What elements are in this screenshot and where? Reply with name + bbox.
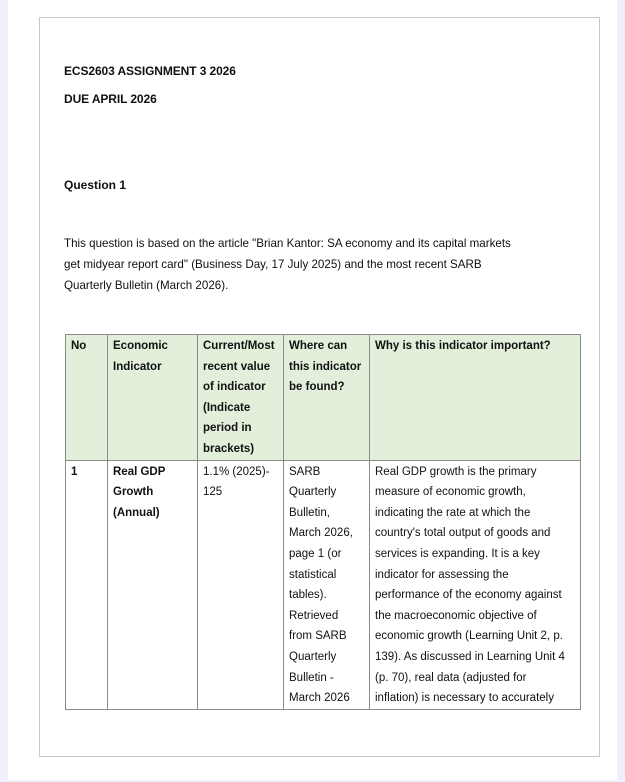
cell-line: 139). As discussed in Learning Unit 4 [375, 647, 575, 668]
cell-importance: Real GDP growth is the primarymeasure of… [370, 460, 581, 709]
header-current-value: Current/Mostrecent valueof indicator(Ind… [198, 335, 284, 461]
cell-line: (Annual) [113, 503, 192, 524]
cell-line: brackets) [203, 439, 278, 460]
cell-line: tables). [289, 585, 364, 606]
cell-line: be found? [289, 377, 364, 398]
indicator-table: No EconomicIndicator Current/Mostrecent … [65, 334, 581, 710]
header-no: No [66, 335, 108, 461]
cell-line: performance of the economy against [375, 585, 575, 606]
cell-line: March 2026, [289, 523, 364, 544]
assignment-title: ECS2603 ASSIGNMENT 3 2026 [64, 64, 236, 78]
cell-line: Bulletin - [289, 668, 364, 689]
table-row: 1 Real GDPGrowth(Annual) 1.1% (2025)-125… [66, 460, 581, 709]
cell-line: the macroeconomic objective of [375, 606, 575, 627]
header-economic-indicator: EconomicIndicator [108, 335, 198, 461]
cell-line: page 1 (or [289, 544, 364, 565]
cell-line: Quarterly [289, 482, 364, 503]
cell-line: Growth [113, 482, 192, 503]
cell-line: Economic [113, 336, 192, 357]
cell-value: 1.1% (2025)-125 [198, 460, 284, 709]
cell-line: Where can [289, 336, 364, 357]
cell-line: indicating the rate at which the [375, 503, 575, 524]
cell-line: of indicator [203, 377, 278, 398]
header-importance: Why is this indicator important? [370, 335, 581, 461]
cell-line: 1.1% (2025)- [203, 462, 278, 483]
cell-line: Real GDP growth is the primary [375, 462, 575, 483]
header-source: Where canthis indicatorbe found? [284, 335, 370, 461]
cell-line: Indicator [113, 357, 192, 378]
cell-line: statistical [289, 565, 364, 586]
cell-line: (Indicate [203, 398, 278, 419]
table-header-row: No EconomicIndicator Current/Mostrecent … [66, 335, 581, 461]
intro-line: This question is based on the article "B… [64, 233, 544, 254]
cell-line: this indicator [289, 357, 364, 378]
due-date: DUE APRIL 2026 [64, 92, 157, 106]
cell-line: inflation) is necessary to accurately [375, 688, 575, 709]
cell-line: Current/Most [203, 336, 278, 357]
cell-line: indicator for assessing the [375, 565, 575, 586]
cell-line: services is expanding. It is a key [375, 544, 575, 565]
cell-line: from SARB [289, 626, 364, 647]
cell-line: Real GDP [113, 462, 192, 483]
cell-indicator: Real GDPGrowth(Annual) [108, 460, 198, 709]
cell-line: Retrieved [289, 606, 364, 627]
cell-line: SARB [289, 462, 364, 483]
cell-line: Bulletin, [289, 503, 364, 524]
cell-line: 125 [203, 482, 278, 503]
cell-line: country's total output of goods and [375, 523, 575, 544]
cell-line: (p. 70), real data (adjusted for [375, 668, 575, 689]
cell-line: period in [203, 418, 278, 439]
question-intro: This question is based on the article "B… [64, 233, 544, 296]
cell-line: measure of economic growth, [375, 482, 575, 503]
question-heading: Question 1 [64, 178, 126, 192]
cell-line: economic growth (Learning Unit 2, p. [375, 626, 575, 647]
cell-line: recent value [203, 357, 278, 378]
cell-source: SARBQuarterlyBulletin,March 2026,page 1 … [284, 460, 370, 709]
cell-line: March 2026 [289, 688, 364, 709]
cell-line: Why is this indicator important? [375, 336, 575, 357]
cell-no: 1 [66, 460, 108, 709]
cell-line: No [71, 336, 102, 357]
intro-line: get midyear report card" (Business Day, … [64, 254, 544, 275]
intro-line: Quarterly Bulletin (March 2026). [64, 275, 544, 296]
cell-line: Quarterly [289, 647, 364, 668]
